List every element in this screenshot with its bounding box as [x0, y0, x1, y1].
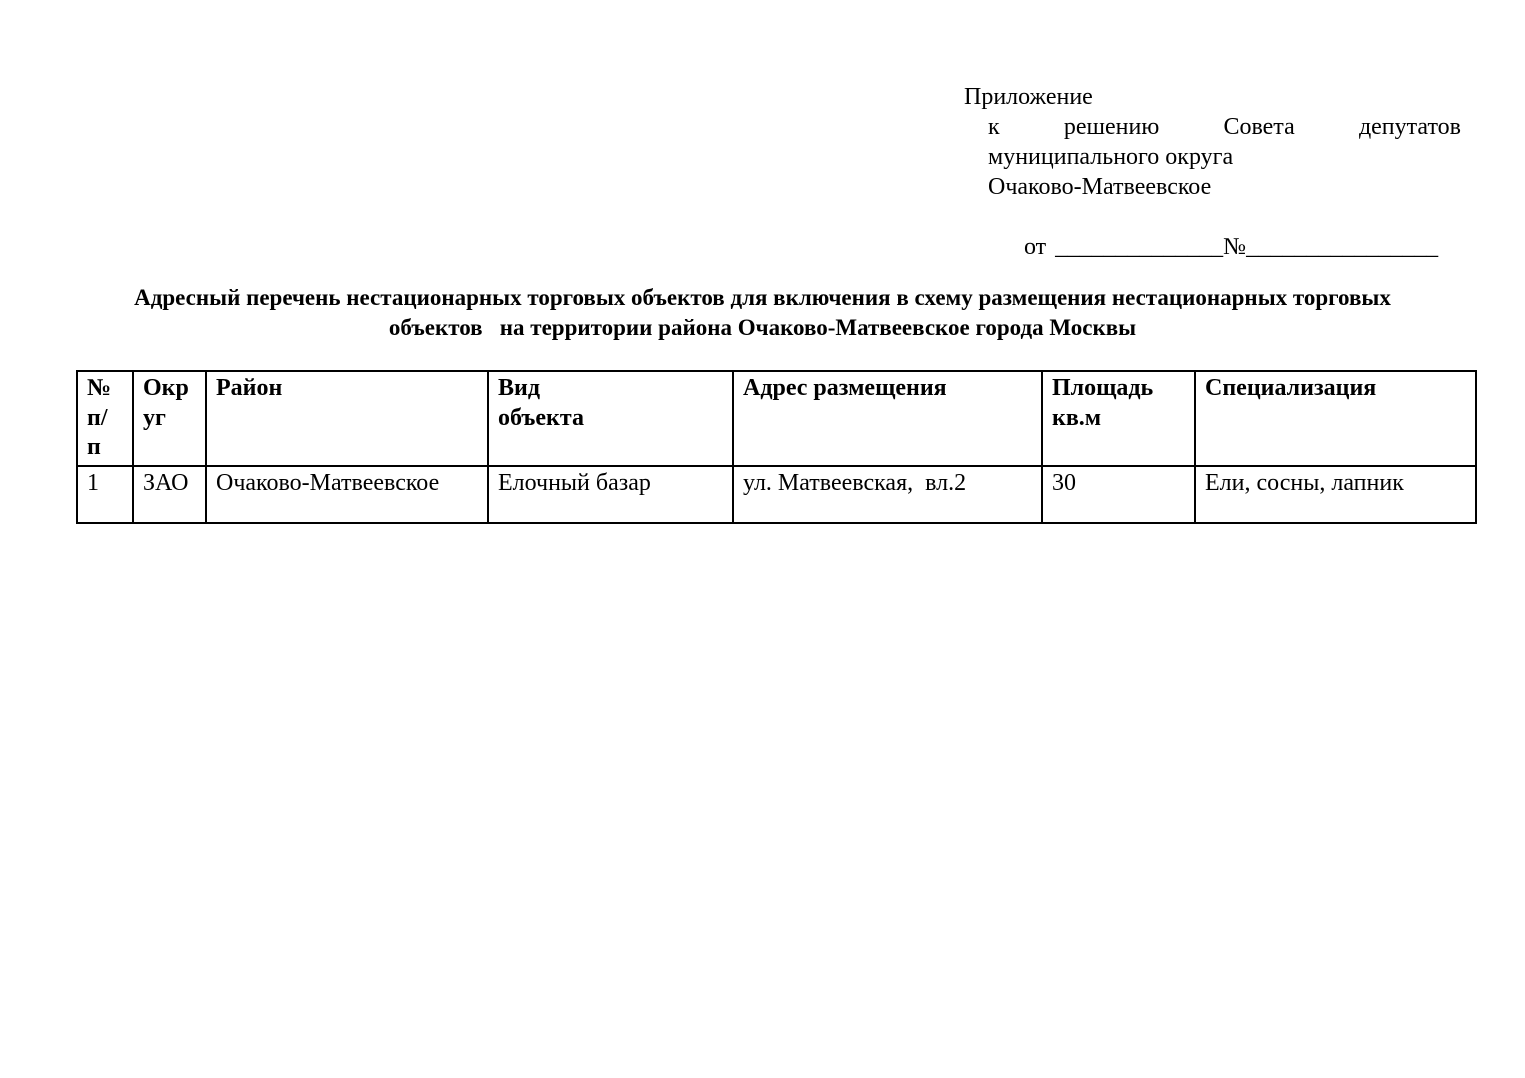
col-header-specialization: Специализация: [1195, 371, 1476, 466]
cell-specialization: Ели, сосны, лапник: [1195, 466, 1476, 523]
cell-okrug: ЗАО: [133, 466, 206, 523]
table-header-row: № п/ п Окр уг Район Вид объекта Адрес ра…: [77, 371, 1476, 466]
col-header-number: № п/ п: [77, 371, 133, 466]
col-header-object-type: Вид объекта: [488, 371, 733, 466]
table-row: 1 ЗАО Очаково-Матвеевское Елочный базар …: [77, 466, 1476, 523]
cell-area: 30: [1042, 466, 1195, 523]
appendix-block: Приложение к решению Совета депутатов му…: [964, 82, 1461, 292]
address-list-table: № п/ п Окр уг Район Вид объекта Адрес ра…: [76, 370, 1477, 524]
date-label: от: [1024, 234, 1046, 260]
number-blank-line: ________________: [1246, 234, 1438, 260]
number-sign: №: [1223, 234, 1246, 260]
cell-rayon: Очаково-Матвеевское: [206, 466, 488, 523]
cell-address: ул. Матвеевская, вл.2: [733, 466, 1042, 523]
col-header-okrug: Окр уг: [133, 371, 206, 466]
appendix-heading: Приложение: [964, 82, 1461, 112]
document-title: Адресный перечень нестационарных торговы…: [0, 283, 1525, 342]
document-page: Приложение к решению Совета депутатов му…: [0, 0, 1525, 1078]
appendix-word-k: к: [988, 112, 1000, 142]
appendix-district-line: Очаково-Матвеевское: [988, 172, 1461, 202]
col-header-address: Адрес размещения: [733, 371, 1042, 466]
col-header-area: Площадь кв.м: [1042, 371, 1195, 466]
col-header-rayon: Район: [206, 371, 488, 466]
cell-object-type: Елочный базар: [488, 466, 733, 523]
appendix-org-line: муниципального округа: [988, 142, 1461, 172]
date-blank-line: ______________: [1055, 234, 1223, 260]
appendix-date-number-line: от______________№________________: [988, 202, 1461, 292]
appendix-word-soveta: Совета: [1223, 112, 1294, 142]
appendix-word-deputatov: депутатов: [1359, 112, 1461, 142]
appendix-word-resheniyu: решению: [1064, 112, 1159, 142]
appendix-resolution-line: к решению Совета депутатов: [988, 112, 1461, 142]
cell-number: 1: [77, 466, 133, 523]
